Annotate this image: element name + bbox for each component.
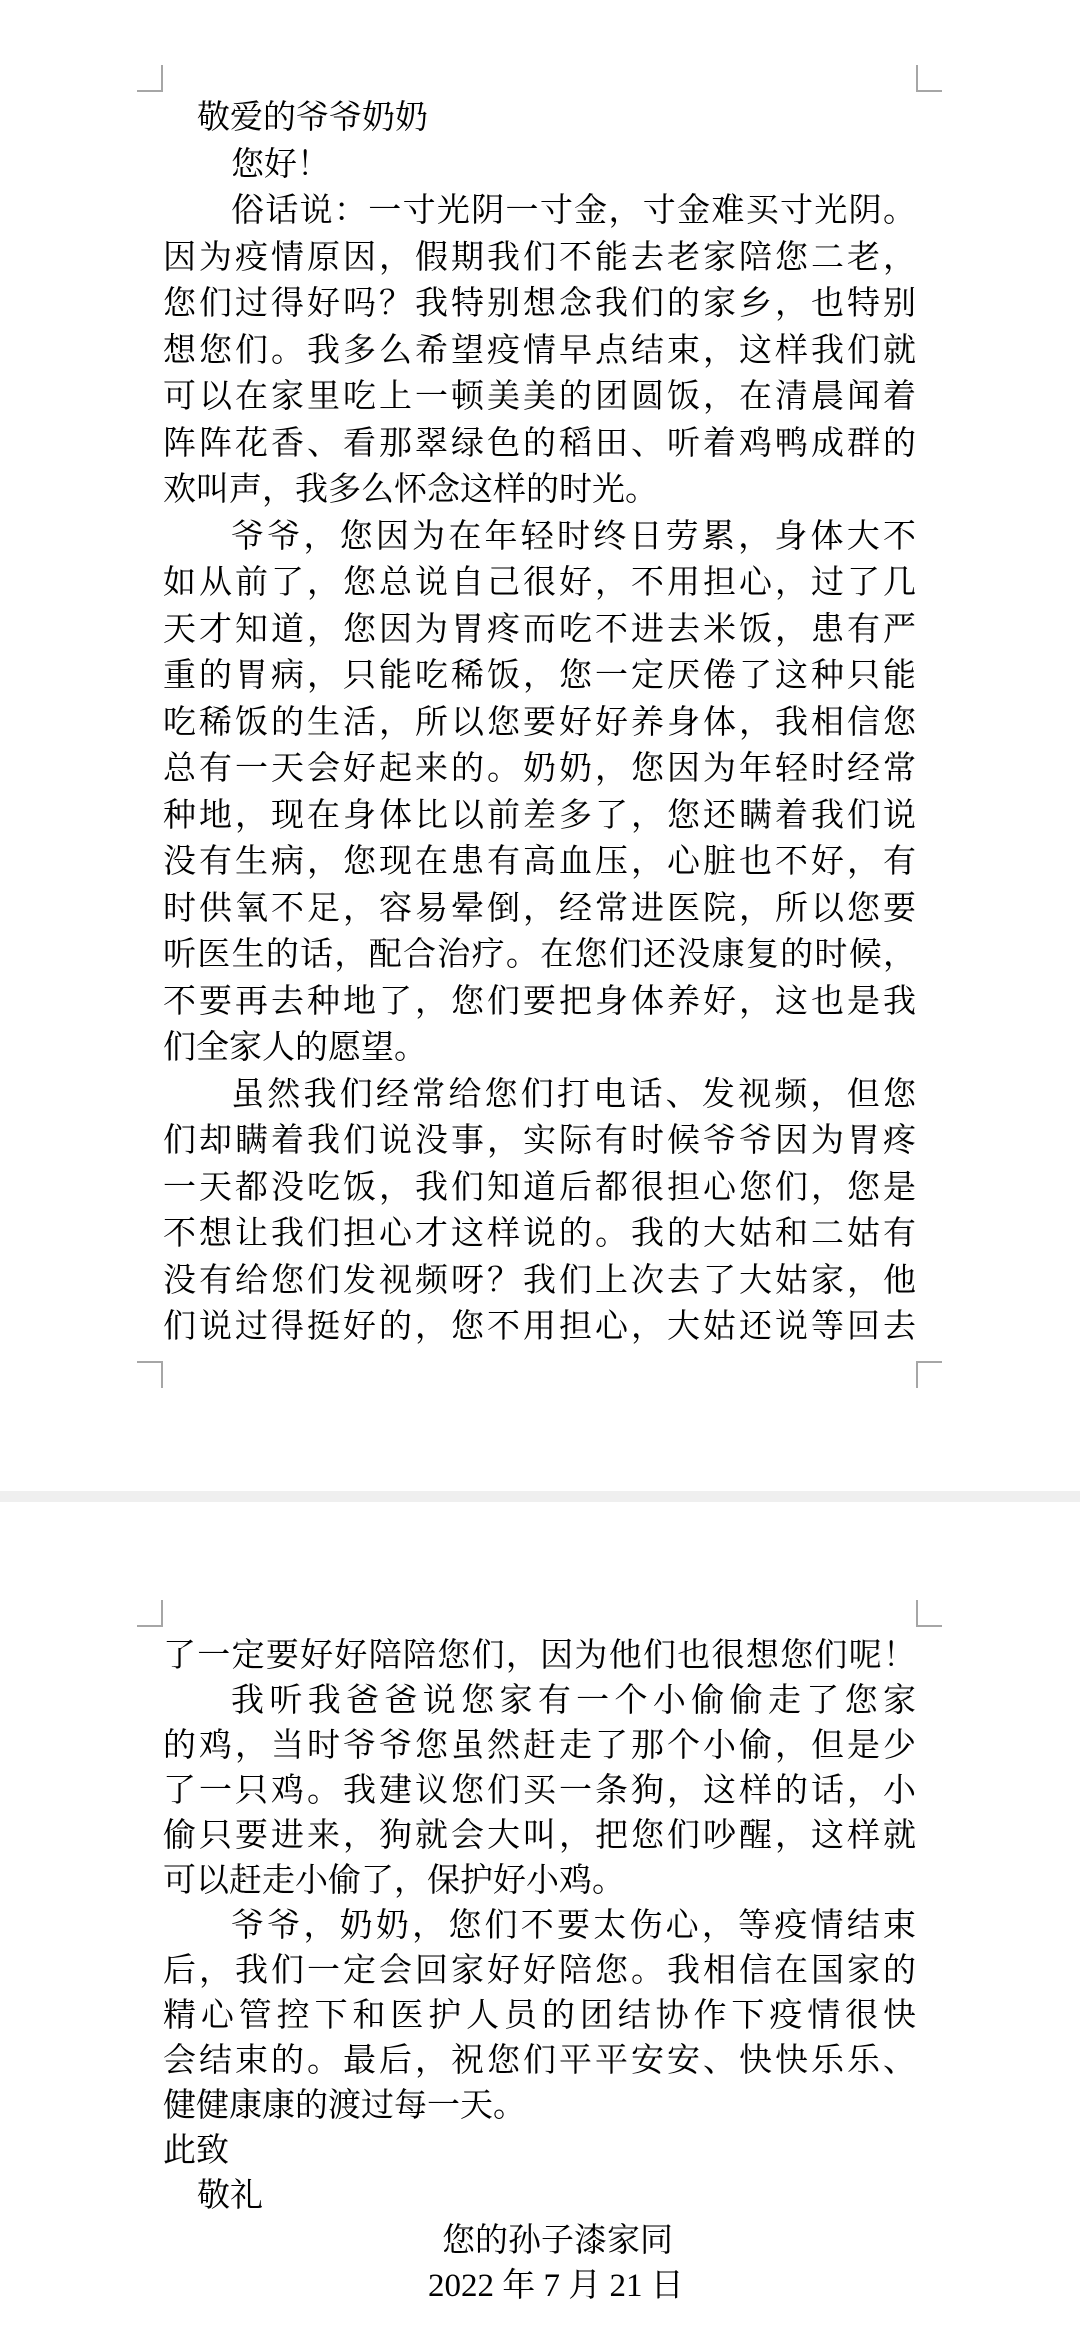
text-line: 听医生的话，配合治疗。在您们还没康复的时候，	[163, 932, 916, 979]
text-line: 此致	[163, 2129, 916, 2174]
text-line: 后，我们一定会回家好好陪您。我相信在国家的	[163, 1949, 916, 1994]
text-line: 时供氧不足，容易晕倒，经常进医院，所以您要	[163, 886, 916, 933]
crop-mark-bottom-left-icon	[137, 1361, 163, 1388]
crop-mark-bottom-right-icon	[916, 1361, 942, 1388]
date-line: 2022 年 7 月 21 日	[428, 2264, 916, 2309]
crop-mark-top-left-icon	[137, 1600, 163, 1627]
text-line: 的鸡，当时爷爷您虽然赶走了那个小偷，但是少	[163, 1724, 916, 1769]
page-1: 敬爱的爷爷奶奶您好！俗话说：一寸光阴一寸金，寸金难买寸光阴。因为疫情原因，假期我…	[0, 0, 1080, 1491]
crop-mark-top-right-icon	[916, 1600, 942, 1627]
crop-mark-top-left-icon	[137, 65, 163, 92]
text-line: 欢叫声，我多么怀念这样的时光。	[163, 467, 916, 514]
text-line: 俗话说：一寸光阴一寸金，寸金难买寸光阴。	[163, 188, 916, 235]
text-line: 们全家人的愿望。	[163, 1025, 916, 1072]
text-line: 们却瞒着我们说没事，实际有时候爷爷因为胃疼	[163, 1118, 916, 1165]
text-line: 没有生病，您现在患有高血压，心脏也不好，有	[163, 839, 916, 886]
document-viewer: { "colors": { "page_background": "#fffff…	[0, 0, 1080, 2340]
text-line: 阵阵花香、看那翠绿色的稻田、听着鸡鸭成群的	[163, 421, 916, 468]
text-line: 吃稀饭的生活，所以您要好好养身体，我相信您	[163, 700, 916, 747]
page-separator	[0, 1491, 1080, 1502]
text-line: 我听我爸爸说您家有一个小偷偷走了您家	[163, 1679, 916, 1724]
text-line: 种地，现在身体比以前差多了，您还瞒着我们说	[163, 793, 916, 840]
text-line: 会结束的。最后，祝您们平平安安、快快乐乐、	[163, 2039, 916, 2084]
text-line: 一天都没吃饭，我们知道后都很担心您们，您是	[163, 1165, 916, 1212]
text-line: 虽然我们经常给您们打电话、发视频，但您	[163, 1072, 916, 1119]
text-line: 重的胃病，只能吃稀饭，您一定厌倦了这种只能	[163, 653, 916, 700]
text-line: 们说过得挺好的，您不用担心，大姑还说等回去	[163, 1304, 916, 1351]
text-line: 您们过得好吗？我特别想念我们的家乡，也特别	[163, 281, 916, 328]
text-line: 精心管控下和医护人员的团结协作下疫情很快	[163, 1994, 916, 2039]
text-line: 了一定要好好陪陪您们，因为他们也很想您们呢！	[163, 1634, 916, 1679]
text-line: 敬爱的爷爷奶奶	[163, 95, 916, 142]
text-line: 天才知道，您因为胃疼而吃不进去米饭，患有严	[163, 607, 916, 654]
text-line: 了一只鸡。我建议您们买一条狗，这样的话，小	[163, 1769, 916, 1814]
text-line: 因为疫情原因，假期我们不能去老家陪您二老，	[163, 235, 916, 282]
text-line: 可以赶走小偷了，保护好小鸡。	[163, 1859, 916, 1904]
text-line: 敬礼	[163, 2174, 916, 2219]
crop-mark-top-right-icon	[916, 65, 942, 92]
page-2-text-area: 了一定要好好陪陪您们，因为他们也很想您们呢！我听我爸爸说您家有一个小偷偷走了您家…	[163, 1634, 916, 2309]
page-1-text-area: 敬爱的爷爷奶奶您好！俗话说：一寸光阴一寸金，寸金难买寸光阴。因为疫情原因，假期我…	[163, 95, 916, 1351]
text-line: 想您们。我多么希望疫情早点结束，这样我们就	[163, 328, 916, 375]
text-line: 总有一天会好起来的。奶奶，您因为年轻时经常	[163, 746, 916, 793]
text-line: 不想让我们担心才这样说的。我的大姑和二姑有	[163, 1211, 916, 1258]
signature-line: 您的孙子漆家同	[442, 2219, 916, 2264]
text-line: 没有给您们发视频呀？我们上次去了大姑家，他	[163, 1258, 916, 1305]
text-line: 健健康康的渡过每一天。	[163, 2084, 916, 2129]
page-2: 了一定要好好陪陪您们，因为他们也很想您们呢！我听我爸爸说您家有一个小偷偷走了您家…	[0, 1502, 1080, 2340]
text-line: 可以在家里吃上一顿美美的团圆饭，在清晨闻着	[163, 374, 916, 421]
text-line: 爷爷，奶奶，您们不要太伤心，等疫情结束	[163, 1904, 916, 1949]
text-line: 您好！	[163, 142, 916, 189]
text-line: 偷只要进来，狗就会大叫，把您们吵醒，这样就	[163, 1814, 916, 1859]
text-line: 爷爷，您因为在年轻时终日劳累，身体大不	[163, 514, 916, 561]
text-line: 如从前了，您总说自己很好，不用担心，过了几	[163, 560, 916, 607]
text-line: 不要再去种地了，您们要把身体养好，这也是我	[163, 979, 916, 1026]
